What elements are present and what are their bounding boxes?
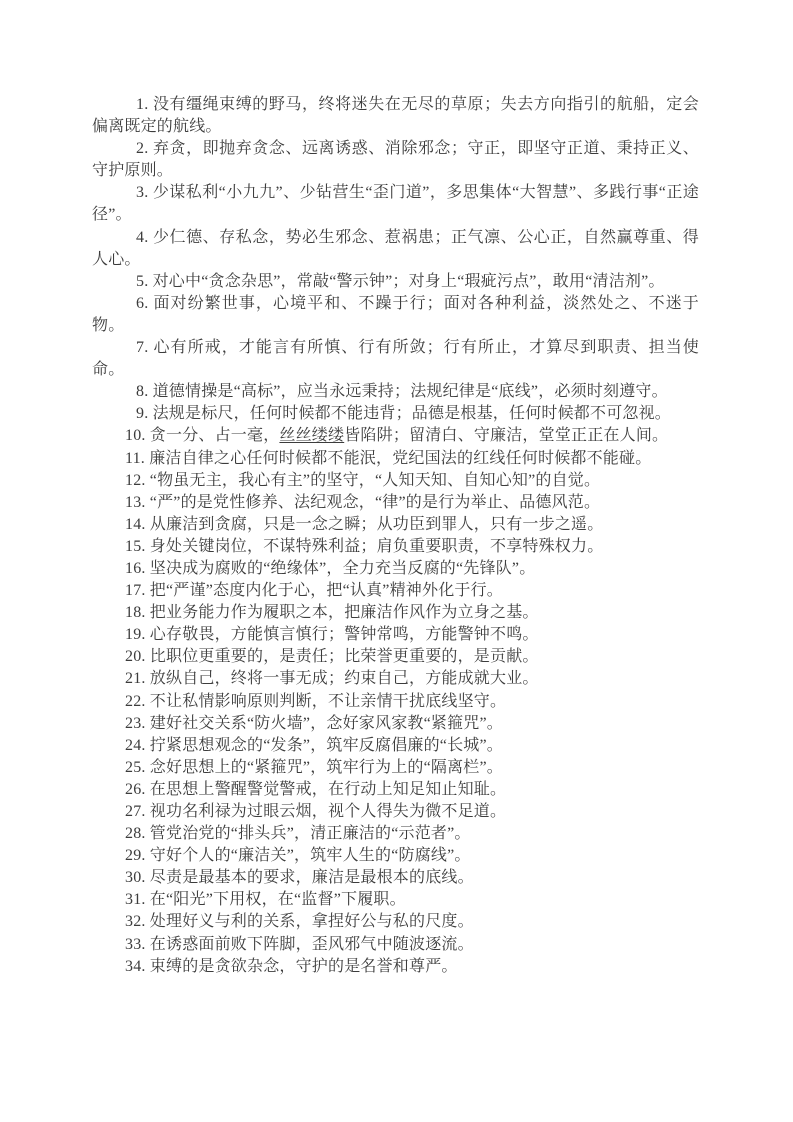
list-item: 31. 在“阳光”下用权，在“监督”下履职。 (92, 889, 699, 911)
list-item: 19. 心存敬畏，方能慎言慎行；警钟常鸣，方能警钟不鸣。 (92, 624, 699, 646)
list-item: 2. 弃贪，即抛弃贪念、远离诱惑、消除邪念；守正，即坚守正道、秉持正义、守护原则… (92, 138, 699, 182)
list-item: 12. “物虽无主，我心有主”的坚守，“人知天知、自知心知”的自觉。 (92, 470, 699, 492)
list-item: 4. 少仁德、存私念，势必生邪念、惹祸患；正气凛、公心正，自然赢尊重、得人心。 (92, 227, 699, 271)
list-item: 33. 在诱惑面前败下阵脚，歪风邪气中随波逐流。 (92, 934, 699, 956)
list-item: 1. 没有缰绳束缚的野马，终将迷失在无尽的草原；失去方向指引的航船，定会偏离既定… (92, 94, 699, 138)
list-item: 30. 尽责是最基本的要求，廉洁是最根本的底线。 (92, 867, 699, 889)
list-item: 11. 廉洁自律之心任何时候都不能泯，党纪国法的红线任何时候都不能碰。 (92, 448, 699, 470)
list-item: 23. 建好社交关系“防火墙”，念好家风家教“紧箍咒”。 (92, 713, 699, 735)
list-item: 14. 从廉洁到贪腐，只是一念之瞬；从功臣到罪人，只有一步之遥。 (92, 514, 699, 536)
list-item: 32. 处理好义与利的关系，拿捏好公与私的尺度。 (92, 911, 699, 933)
list-item: 20. 比职位更重要的，是责任；比荣誉更重要的，是贡献。 (92, 646, 699, 668)
list-item: 13. “严”的是党性修养、法纪观念，“律”的是行为举止、品德风范。 (92, 492, 699, 514)
list-item: 28. 管党治党的“排头兵”，清正廉洁的“示范者”。 (92, 823, 699, 845)
list-item: 10. 贪一分、占一毫，丝丝缕缕皆陷阱；留清白、守廉洁，堂堂正正在人间。 (92, 425, 699, 447)
list-item: 7. 心有所戒，才能言有所慎、行有所敛；行有所止，才算尽到职责、担当使命。 (92, 337, 699, 381)
list-item: 29. 守好个人的“廉洁关”，筑牢人生的“防腐线”。 (92, 845, 699, 867)
document-page: 1. 没有缰绳束缚的野马，终将迷失在无尽的草原；失去方向指引的航船，定会偏离既定… (0, 0, 793, 1122)
list-item: 8. 道德情操是“高标”，应当永远秉持；法规纪律是“底线”，必须时刻遵守。 (92, 381, 699, 403)
list-item: 16. 坚决成为腐败的“绝缘体”，全力充当反腐的“先锋队”。 (92, 558, 699, 580)
document-body: 1. 没有缰绳束缚的野马，终将迷失在无尽的草原；失去方向指引的航船，定会偏离既定… (92, 94, 699, 978)
list-item: 9. 法规是标尺，任何时候都不能违背；品德是根基，任何时候都不可忽视。 (92, 403, 699, 425)
list-item: 18. 把业务能力作为履职之本，把廉洁作风作为立身之基。 (92, 602, 699, 624)
list-item: 21. 放纵自己，终将一事无成；约束自己，方能成就大业。 (92, 668, 699, 690)
list-item: 3. 少谋私利“小九九”、少钻营生“歪门道”，多思集体“大智慧”、多践行事“正途… (92, 182, 699, 226)
list-item: 22. 不让私情影响原则判断，不让亲情干扰底线坚守。 (92, 691, 699, 713)
list-item: 5. 对心中“贪念杂思”，常敲“警示钟”；对身上“瑕疵污点”，敢用“清洁剂”。 (92, 271, 699, 293)
list-item: 6. 面对纷繁世事，心境平和、不躁于行；面对各种利益，淡然处之、不迷于物。 (92, 293, 699, 337)
list-item: 17. 把“严谨”态度内化于心，把“认真”精神外化于行。 (92, 580, 699, 602)
list-item: 15. 身处关键岗位，不谋特殊利益；肩负重要职责，不享特殊权力。 (92, 536, 699, 558)
list-item: 26. 在思想上警醒警觉警戒，在行动上知足知止知耻。 (92, 779, 699, 801)
list-item: 34. 束缚的是贪欲杂念，守护的是名誉和尊严。 (92, 956, 699, 978)
list-item: 27. 视功名利禄为过眼云烟，视个人得失为微不足道。 (92, 801, 699, 823)
list-item: 25. 念好思想上的“紧箍咒”，筑牢行为上的“隔离栏”。 (92, 757, 699, 779)
list-item: 24. 拧紧思想观念的“发条”，筑牢反腐倡廉的“长城”。 (92, 735, 699, 757)
